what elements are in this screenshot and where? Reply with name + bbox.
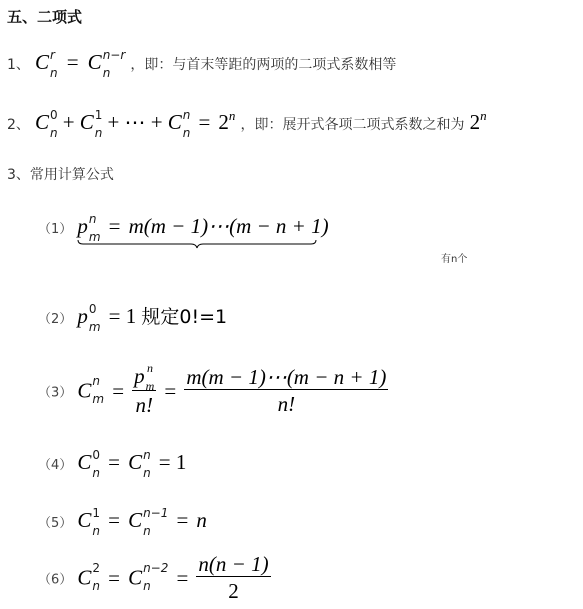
c-indices: rn [50,53,58,77]
c-symbol: C [77,379,91,403]
equals-sign: = [108,508,120,532]
item-3-title: 常用计算公式 [30,167,114,183]
c-symbol: C [77,450,91,474]
c-symbol: C [128,508,142,532]
plus-ellipsis: + ⋯ + [107,110,162,134]
equals-one: = 1 [109,304,137,328]
equals-sign: = [108,566,120,590]
formula-1: （1） pnm = m(m − 1)⋯(m − n + 1) 有n个 [38,214,329,241]
c-indices: 1n [95,113,103,137]
c-indices: n−2n [143,566,168,590]
item-1-label: 1、 [7,57,30,73]
p-symbol: p [77,304,88,328]
equals-sign: = [67,50,79,74]
c-symbol: C [80,110,94,134]
c-indices: 1n [92,511,100,535]
formula-number: （3） [38,386,72,401]
c-symbol: C [128,450,142,474]
underbrace-icon [77,239,317,249]
item-3: 3、常用计算公式 [7,164,114,184]
power-base: 2 [218,110,229,134]
equals-one: = 1 [159,450,187,474]
c-symbol: C [77,566,91,590]
equals-sign: = [198,110,210,134]
c-indices: 0n [92,453,100,477]
equals-sign: = [164,379,176,403]
formula-6: （6） C2n = Cn−2n = n(n − 1) 2 [38,552,271,604]
fraction-permutation: pnm n! [132,364,156,418]
item-2: 2、 C0n + C1n + ⋯ + Cnn = 2n ，即：展开式各项二项式系… [7,108,487,137]
equals-sign: = [112,379,124,403]
c-indices: 2n [92,566,100,590]
c-symbol: C [35,50,49,74]
item-2-label: 2、 [7,117,30,133]
fraction-half: n(n − 1) 2 [196,552,270,604]
item-3-label: 3、 [7,167,30,183]
result-n: n [196,508,207,532]
formula-3: （3） Cnm = pnm n! = m(m − 1)⋯(m − n + 1) … [38,364,388,418]
plus-sign: + [63,110,75,134]
factorial-note: 规定0!=1 [141,306,227,328]
formula-5: （5） C1n = Cn−1n = n [38,508,207,535]
underbrace-group: pnm = m(m − 1)⋯(m − n + 1) 有n个 [77,214,328,241]
c-symbol: C [128,566,142,590]
p-indices: 0m [89,307,101,331]
product-expression: m(m − 1)⋯(m − n + 1) [129,214,329,238]
formula-number: （1） [38,222,72,237]
c-symbol: C [77,508,91,532]
formula-number: （5） [38,516,72,531]
formula-4: （4） C0n = Cnn = 1 [38,450,186,477]
c-indices: nm [92,379,104,403]
item-1: 1、 Crn = Cn−rn ，即：与首末等距的两项的二项式系数相等 [7,50,396,77]
equals-sign: = [108,450,120,474]
c-indices: nn [143,453,151,477]
equals-sign: = [176,508,188,532]
formula-number: （4） [38,458,72,473]
brace-label: 有n个 [329,250,580,265]
p-symbol: p [77,214,88,238]
equals-sign: = [109,214,121,238]
p-indices: nm [89,217,101,241]
power-base: 2 [470,110,481,134]
formula-2: （2） p0m = 1 规定0!=1 [38,302,227,331]
c-indices: n−rn [103,53,126,77]
item-2-explanation: ，即：展开式各项二项式系数之和为 [240,117,464,133]
c-indices: nn [183,113,191,137]
fraction-product: m(m − 1)⋯(m − n + 1) n! [184,365,388,417]
equals-sign: = [176,566,188,590]
c-indices: 0n [50,113,58,137]
c-indices: n−1n [143,511,168,535]
section-heading: 五、二项式 [7,6,82,27]
formula-number: （6） [38,573,72,588]
power-exp: n [229,108,236,123]
formula-number: （2） [38,312,72,327]
c-symbol: C [35,110,49,134]
c-symbol: C [168,110,182,134]
power-exp: n [480,108,487,123]
item-1-explanation: ，即：与首末等距的两项的二项式系数相等 [130,57,396,73]
c-symbol: C [88,50,102,74]
